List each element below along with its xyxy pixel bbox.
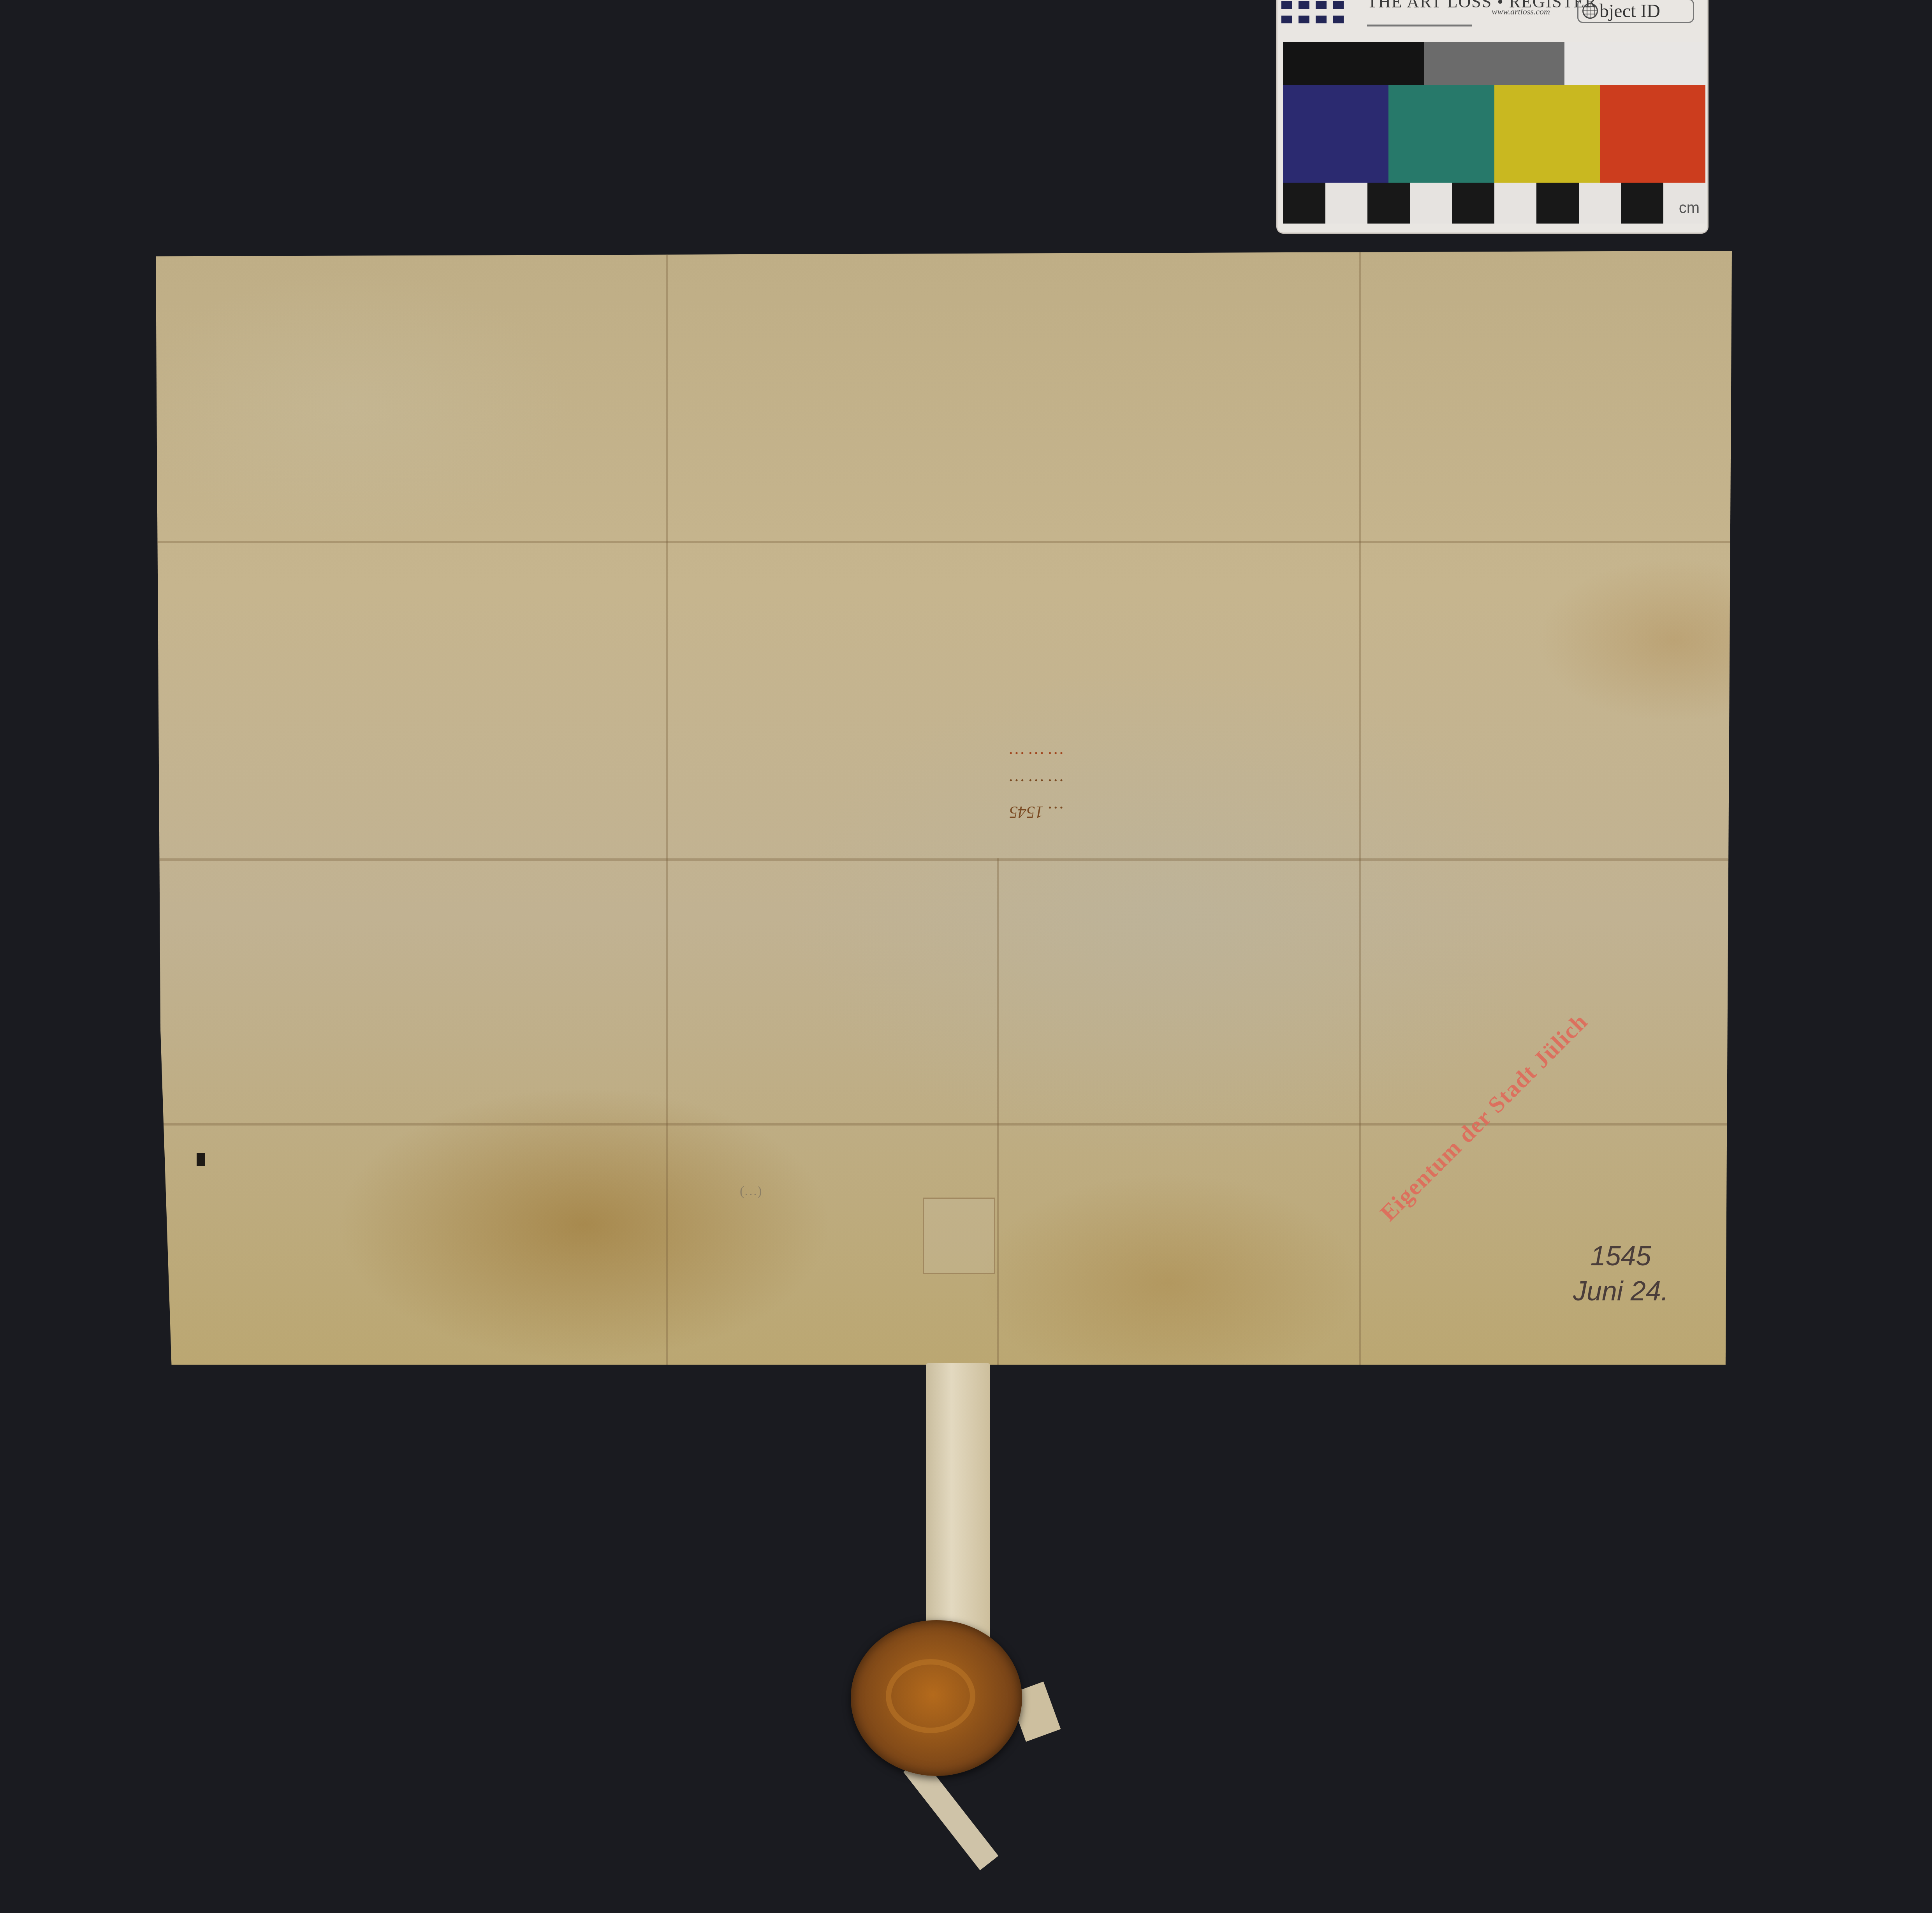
edge-tear (197, 1153, 205, 1166)
fold-line (156, 541, 1732, 543)
blue-patch (1283, 85, 1388, 183)
object-id-label: bject ID (1599, 0, 1660, 22)
globe-icon (1582, 3, 1598, 19)
archive-year: 1545 (1573, 1238, 1668, 1274)
cm-scale-bar (1283, 183, 1705, 224)
black-patch (1283, 42, 1424, 85)
pencil-number: (…) (740, 1184, 762, 1199)
white-patch (1564, 42, 1705, 85)
seal-impression (886, 1659, 975, 1733)
grayscale-patches (1283, 42, 1705, 85)
gray-patch (1424, 42, 1565, 85)
fold-line (1359, 251, 1361, 1365)
seal-tag-slot (923, 1198, 995, 1274)
fold-line (666, 251, 668, 1365)
dorsal-inscription: … 1545 … … … … … … (767, 732, 1063, 826)
fold-line (156, 858, 1732, 861)
wax-seal (851, 1620, 1022, 1776)
archive-date-note: 1545 Juni 24. (1573, 1238, 1668, 1309)
yellow-patch (1494, 85, 1600, 183)
object-id-badge: bject ID (1577, 0, 1694, 23)
color-patches (1283, 85, 1705, 183)
unit-label: cm (1679, 199, 1700, 217)
color-reference-card: THE ART LOSS • REGISTER www.artloss.com … (1276, 0, 1709, 234)
archive-day: Juni 24. (1573, 1274, 1668, 1309)
fold-line (997, 858, 999, 1365)
divider (1367, 25, 1472, 26)
brand-name: THE ART LOSS • REGISTER (1367, 0, 1597, 12)
brand-url: www.artloss.com (1492, 7, 1550, 17)
green-patch (1388, 85, 1494, 183)
red-patch (1600, 85, 1705, 183)
art-loss-register-logo-icon (1281, 1, 1351, 25)
